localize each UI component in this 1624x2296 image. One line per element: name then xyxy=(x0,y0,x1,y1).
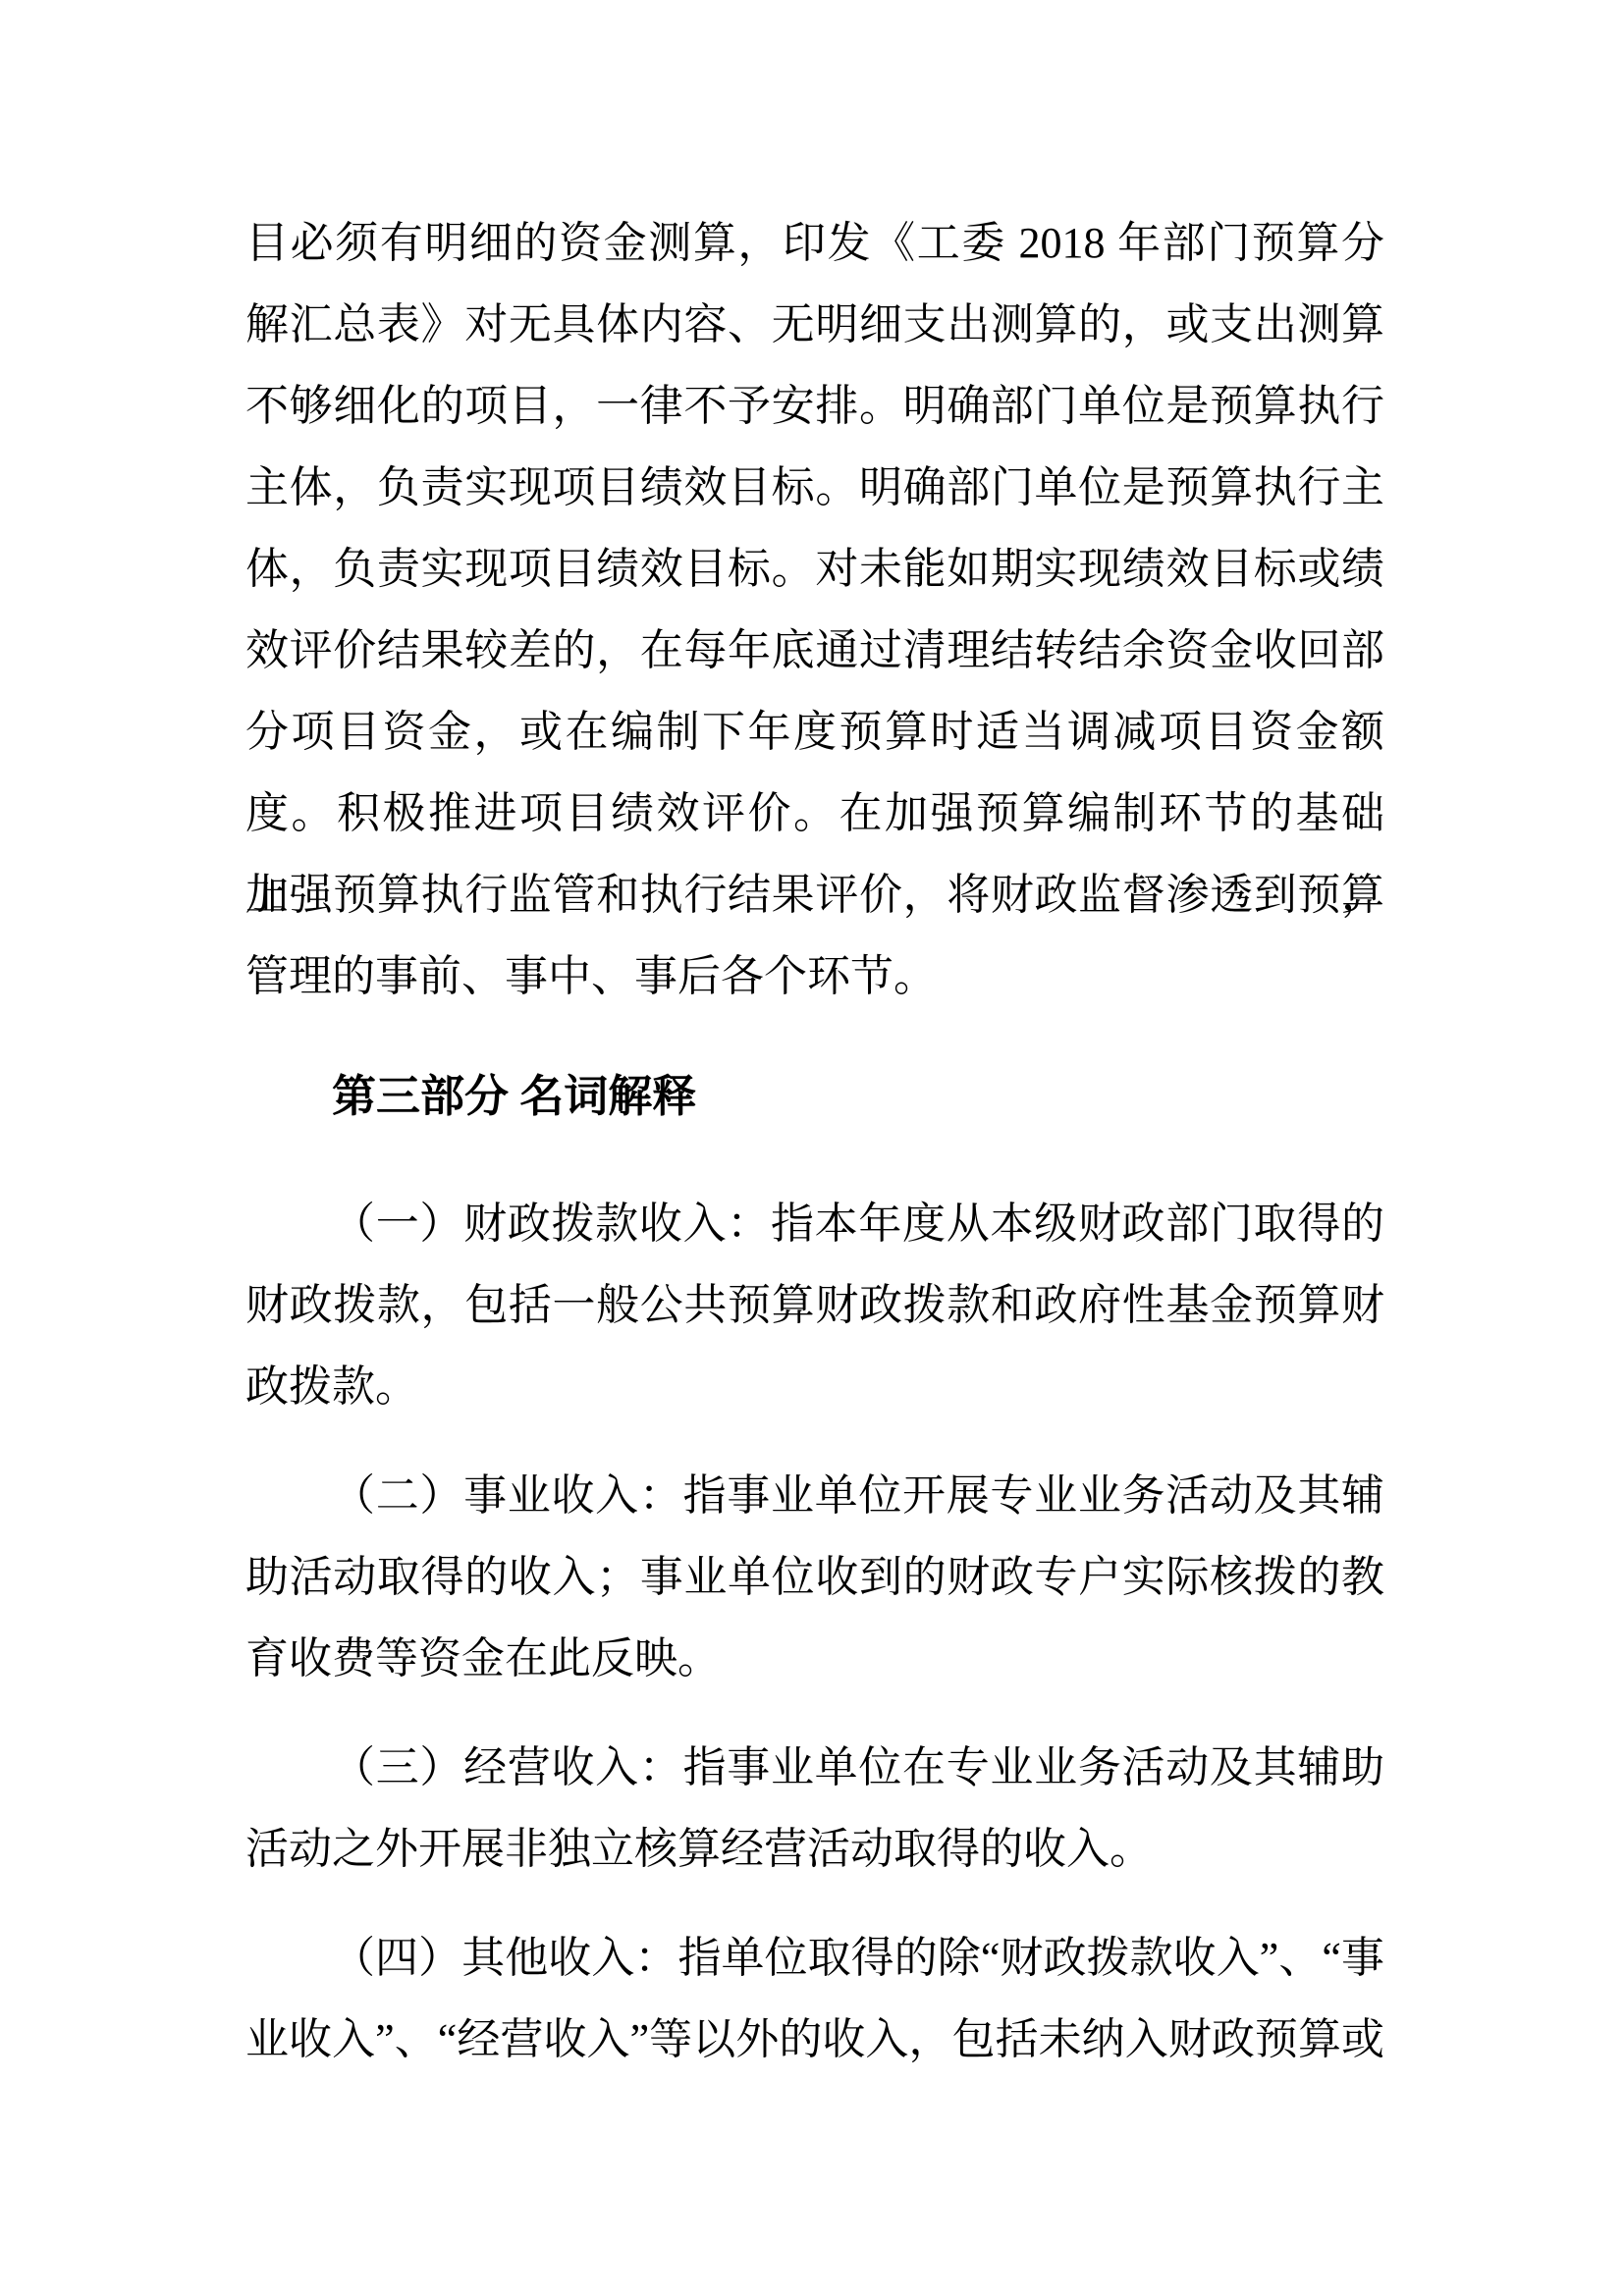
definition-paragraph-4: （四）其他收入：指单位取得的除“财政拨款收入”、“事 业收入”、“经营收入”等以… xyxy=(245,1917,1384,2080)
text-line: （三）经营收入：指事业单位在专业业务活动及其辅助 xyxy=(245,1727,1384,1808)
text-line: （二）事业收入：指事业单位开展专业业务活动及其辅 xyxy=(245,1455,1384,1536)
definition-paragraph-3: （三）经营收入：指事业单位在专业业务活动及其辅助 活动之外开展非独立核算经营活动… xyxy=(245,1727,1384,1890)
text-line: 加强预算执行监管和执行结果评价，将财政监督渗透到预算 xyxy=(245,854,1384,935)
text-line: （一）财政拨款收入：指本年度从本级财政部门取得的 xyxy=(245,1183,1384,1264)
definition-paragraph-1: （一）财政拨款收入：指本年度从本级财政部门取得的 财政拨款，包括一般公共预算财政… xyxy=(245,1183,1384,1427)
text-line: 体，负责实现项目绩效目标。对未能如期实现绩效目标或绩 xyxy=(245,528,1384,610)
text-line: 政拨款。 xyxy=(245,1346,1384,1427)
text-line: 业收入”、“经营收入”等以外的收入，包括未纳入财政预算或 xyxy=(245,1999,1384,2080)
text-line: 活动之外开展非独立核算经营活动取得的收入。 xyxy=(245,1808,1384,1890)
section-heading: 第三部分 名词解释 xyxy=(245,1056,1384,1138)
text-line: 目必须有明细的资金测算，印发《工委 2018 年部门预算分 xyxy=(245,202,1384,284)
text-line: 分项目资金，或在编制下年度预算时适当调减项目资金额 xyxy=(245,691,1384,773)
text-line: 主体，负责实现项目绩效目标。明确部门单位是预算执行主 xyxy=(245,447,1384,528)
text-line: 助活动取得的收入；事业单位收到的财政专户实际核拨的教 xyxy=(245,1536,1384,1618)
document-page: 目必须有明细的资金测算，印发《工委 2018 年部门预算分 解汇总表》对无具体内… xyxy=(0,0,1624,2296)
text-line: 育收费等资金在此反映。 xyxy=(245,1618,1384,1699)
text-line: 管理的事前、事中、事后各个环节。 xyxy=(245,935,1384,1017)
text-line: 不够细化的项目，一律不予安排。明确部门单位是预算执行 xyxy=(245,365,1384,447)
text-line: 解汇总表》对无具体内容、无明细支出测算的，或支出测算 xyxy=(245,284,1384,365)
paragraph-continuation: 目必须有明细的资金测算，印发《工委 2018 年部门预算分 解汇总表》对无具体内… xyxy=(245,202,1384,1017)
definition-paragraph-2: （二）事业收入：指事业单位开展专业业务活动及其辅 助活动取得的收入；事业单位收到… xyxy=(245,1455,1384,1699)
text-line: 效评价结果较差的，在每年底通过清理结转结余资金收回部 xyxy=(245,610,1384,691)
text-line: （四）其他收入：指单位取得的除“财政拨款收入”、“事 xyxy=(245,1917,1384,1999)
text-line: 度。积极推进项目绩效评价。在加强预算编制环节的基础上， xyxy=(245,773,1384,854)
text-line: 财政拨款，包括一般公共预算财政拨款和政府性基金预算财 xyxy=(245,1264,1384,1346)
